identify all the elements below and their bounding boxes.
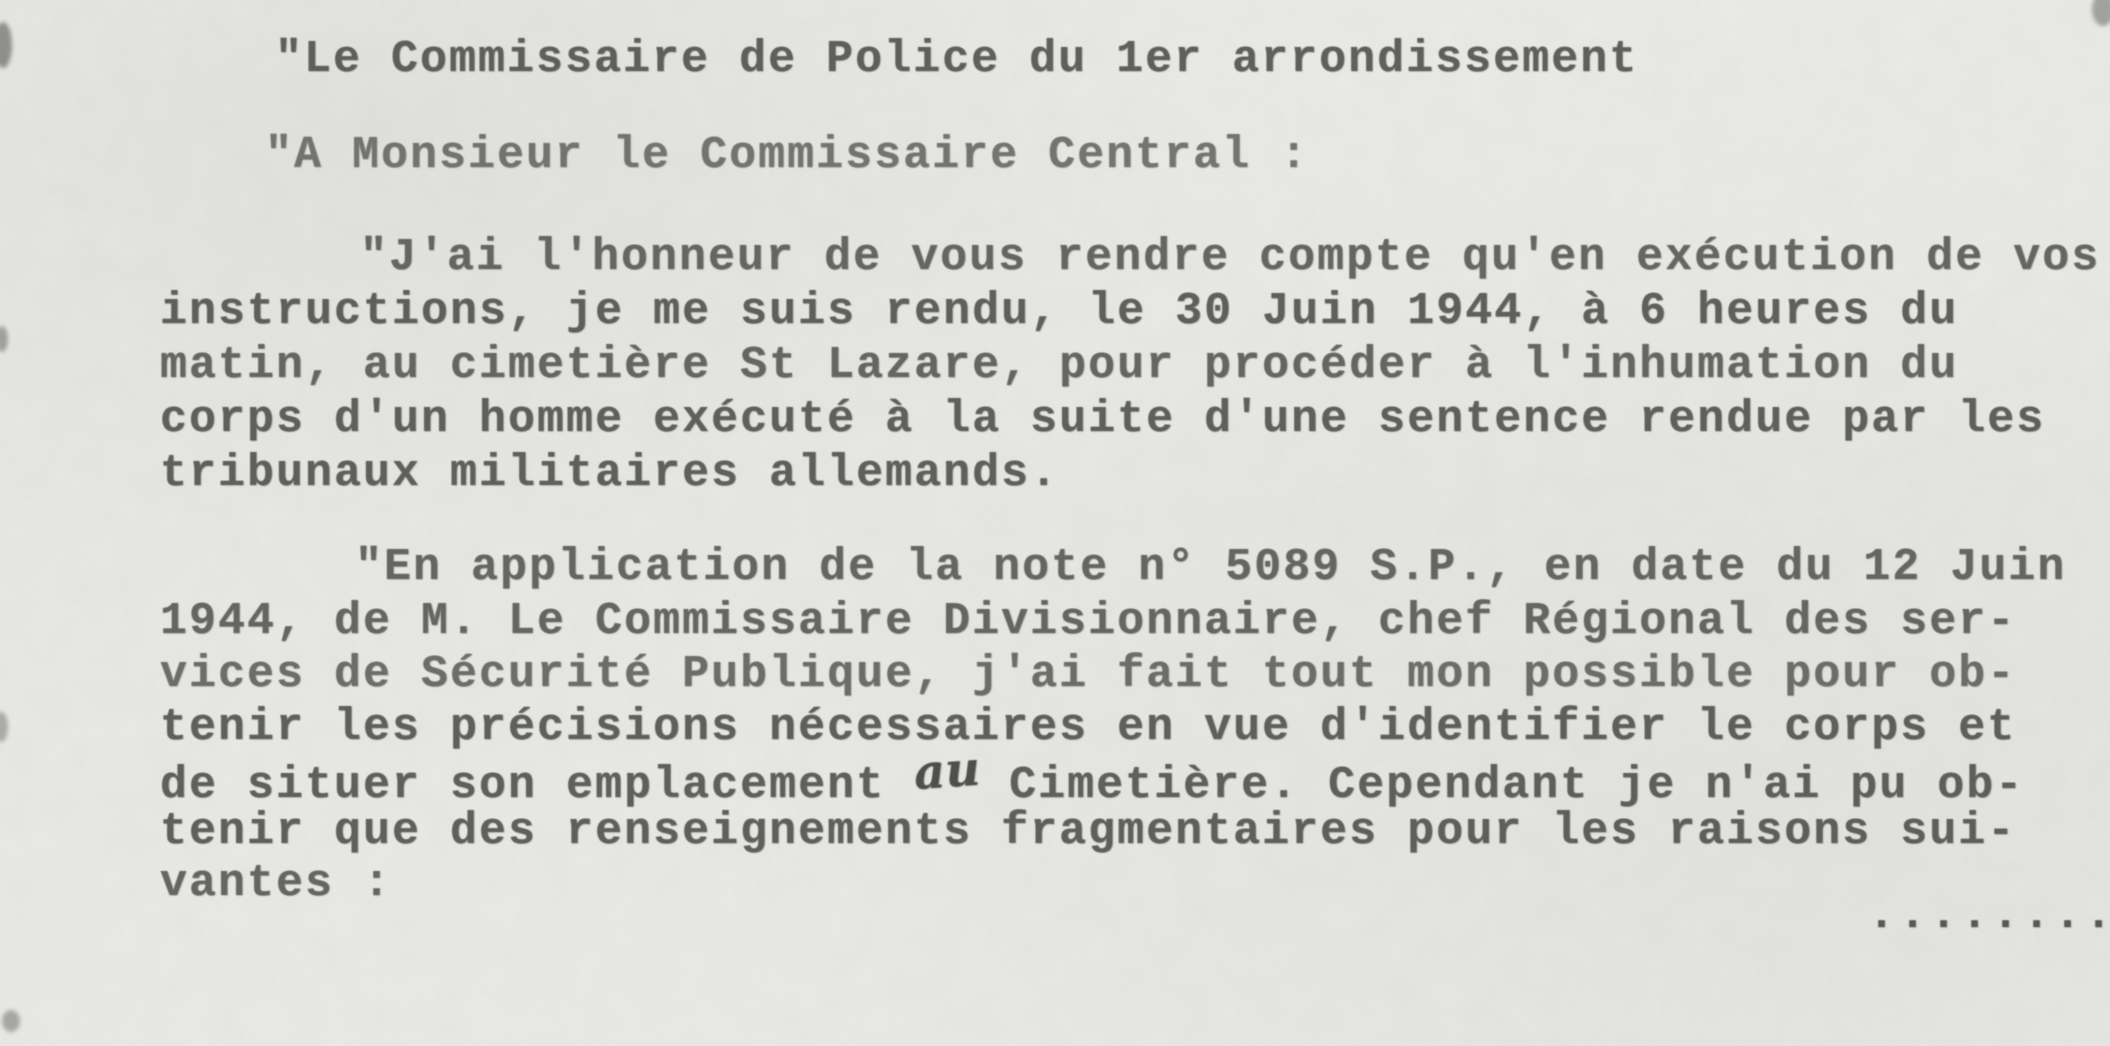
edge-smudge xyxy=(0,712,8,742)
paragraph1-line: "J'ai l'honneur de vous rendre compte qu… xyxy=(360,232,2100,284)
edge-smudge xyxy=(2,1010,20,1032)
paragraph1-line: corps d'un homme exécuté à la suite d'un… xyxy=(160,394,2045,446)
scanned-document-page: "Le Commissaire de Police du 1er arrondi… xyxy=(0,0,2110,1046)
heading-line-sender: "Le Commissaire de Police du 1er arrondi… xyxy=(275,34,1638,86)
paragraph1-line: instructions, je me suis rendu, le 30 Ju… xyxy=(160,286,1958,338)
continuation-dots: ........ xyxy=(1868,890,2110,942)
typed-text: Cimetière. Cependant je n'ai pu ob- xyxy=(980,760,2024,811)
heading-line-recipient: "A Monsieur le Commissaire Central : xyxy=(265,130,1309,182)
paragraph1-line: tribunaux militaires allemands. xyxy=(160,448,1059,500)
paragraph2-line: vices de Sécurité Publique, j'ai fait to… xyxy=(160,649,2016,701)
paragraph2-line: tenir que des renseignements fragmentair… xyxy=(160,806,2016,858)
paragraph1-line: matin, au cimetière St Lazare, pour proc… xyxy=(160,340,1958,392)
edge-smudge xyxy=(0,326,8,352)
paragraph2-line: vantes : xyxy=(160,858,392,910)
paragraph2-line-with-insertion: de situer son emplacement au Cimetière. … xyxy=(160,754,2024,812)
paragraph2-line: tenir les précisions nécessaires en vue … xyxy=(160,702,2016,754)
paragraph2-line: "En application de la note n° 5089 S.P.,… xyxy=(355,542,2066,594)
handwritten-insertion: au xyxy=(912,742,982,802)
paragraph2-line: 1944, de M. Le Commissaire Divisionnaire… xyxy=(160,596,2016,648)
edge-smudge xyxy=(2092,0,2110,26)
typed-text: de situer son emplacement xyxy=(160,760,914,811)
edge-smudge xyxy=(0,22,12,68)
